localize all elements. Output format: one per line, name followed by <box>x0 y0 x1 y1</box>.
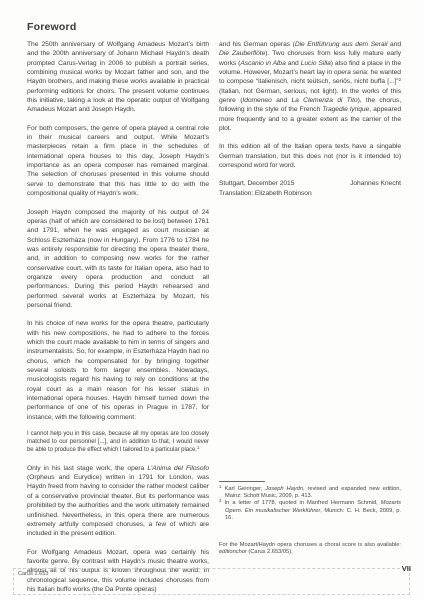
paragraph: In this edition all of the Italian opera… <box>219 142 401 170</box>
paragraph: and his German operas (Die Entführung au… <box>219 40 401 133</box>
footnote: 1 Karl Geiringer, Joseph Haydn, revised … <box>219 486 401 500</box>
footnotes-block: 1 Karl Geiringer, Joseph Haydn, revised … <box>219 481 401 522</box>
block-quote: I cannot help you in this case, because … <box>27 431 209 455</box>
signoff: Stuttgart, December 2015 Johannes Knecht… <box>219 179 401 198</box>
paragraph: Only in his last stage work, the opera L… <box>27 464 209 539</box>
right-column: and his German operas (Die Entführung au… <box>219 40 401 198</box>
footer-page-number: VII <box>402 564 411 573</box>
document-page: Foreword The 250th anniversary of Wolfga… <box>0 0 424 600</box>
signoff-place-date: Stuttgart, December 2015 <box>219 179 294 188</box>
footer-catalog-number: Carus 2.653 <box>18 571 48 577</box>
paragraph: Joseph Haydn composed the majority of hi… <box>27 208 209 311</box>
footnote-separator-rule <box>219 481 265 482</box>
availability-note: For the Mozart/Haydn opera choruses a ch… <box>219 542 401 556</box>
signoff-translation: Translation: Elizabeth Robinson <box>219 189 401 198</box>
signoff-author: Johannes Knecht <box>350 179 401 188</box>
page-title: Foreword <box>27 21 76 33</box>
paragraph: In his choice of new works for the opera… <box>27 319 209 422</box>
footnote: 2 In a letter of 1778, quoted in Manfred… <box>219 500 401 522</box>
left-column: The 250th anniversary of Wolfgang Amadeu… <box>27 40 209 594</box>
paragraph: The 250th anniversary of Wolfgang Amadeu… <box>27 40 209 115</box>
paragraph: For both composers, the genre of opera p… <box>27 124 209 199</box>
footer-frame: Carus 2.653 <box>13 568 410 595</box>
